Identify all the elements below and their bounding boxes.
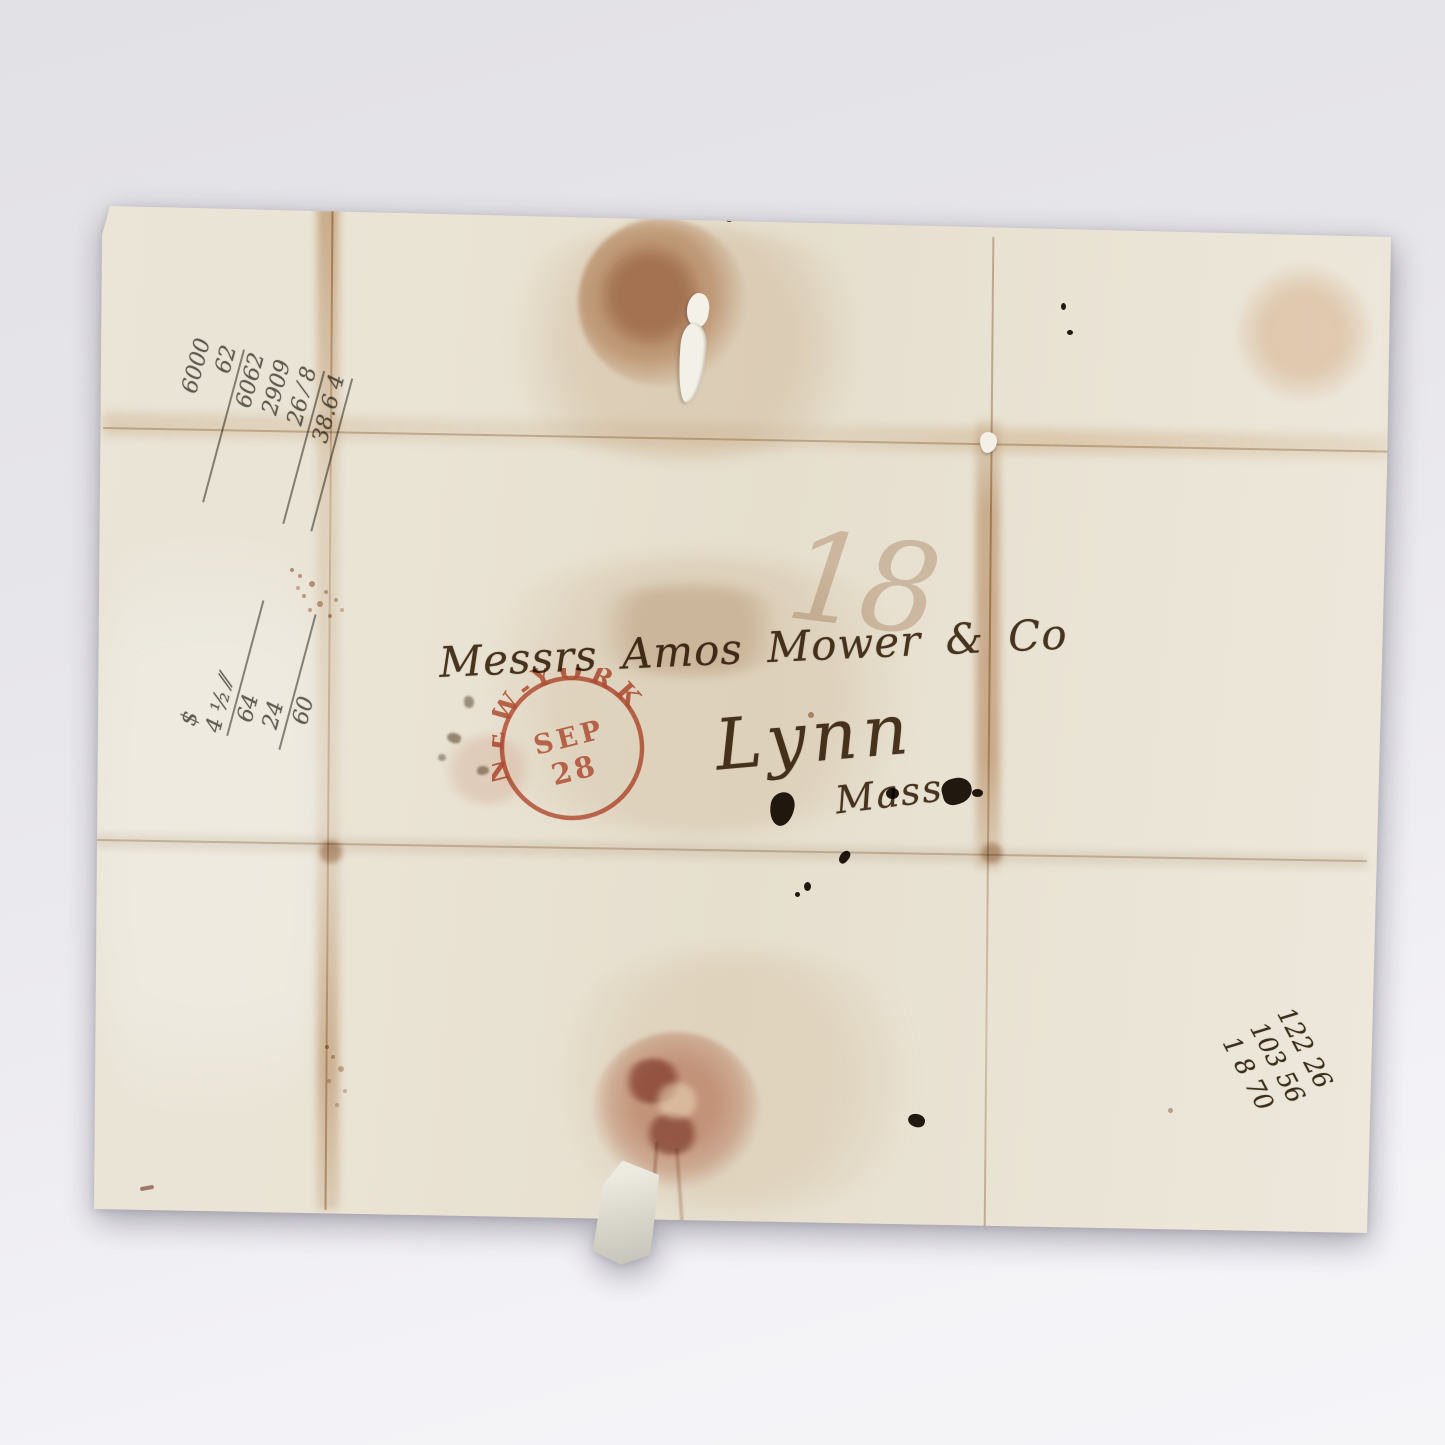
smudge-left-of-postmark-3 (477, 766, 489, 775)
ink-fleck-upper-right-2 (1067, 330, 1073, 335)
ink-figures-bottom-right: 122 26 103 56 1 8 70 (1216, 1002, 1383, 1205)
light-wash-left-column (95, 440, 330, 1210)
rust-dot-right-panel (1168, 1108, 1173, 1113)
ink-blot-below-lynn (767, 790, 797, 828)
photo-scene: 18 NEW-YORK SEP 28 Messrs A (0, 0, 1445, 1445)
wax-seal-bottom-dark-blotch-2 (643, 1113, 701, 1155)
wax-seal-bottom-highlight (653, 1082, 701, 1120)
smudge-left-of-postmark-2 (464, 696, 474, 708)
stain-wash-bottom-center (520, 950, 950, 1210)
wax-seal-bottom-dark-blotch-1 (622, 1058, 684, 1104)
letter-paper: 18 NEW-YORK SEP 28 Messrs A (0, 0, 1445, 1445)
address-line-recipient: Messrs Amos Mower & Co (438, 609, 1069, 686)
ink-smudge-top-edge-2 (721, 205, 738, 224)
wax-seal-drip-2 (675, 1148, 683, 1226)
smudge-left-of-postmark-1 (446, 731, 463, 745)
rust-dot-near-lynn (808, 712, 814, 718)
rust-dash-bottom-left-edge (140, 1185, 154, 1191)
ink-fleck-below-fold-2 (804, 882, 811, 891)
torn-paper-patch-lower (676, 322, 709, 404)
ink-blot-after-mass-small (886, 788, 899, 799)
postmark-stamp: NEW-YORK SEP 28 (492, 668, 652, 828)
ink-fleck-below-fold-3 (795, 892, 800, 897)
ink-spot-bottom-center (906, 1111, 926, 1129)
ink-fleck-upper-right-1 (1061, 303, 1066, 310)
rust-speckle-cluster-lower-left (325, 1045, 329, 1049)
seal-ghost-stain-top-right (1235, 262, 1373, 404)
ink-blot-after-mass-tail (972, 789, 983, 797)
torn-paper-patch-upper (685, 292, 712, 329)
rust-speckle-cluster-upper-left (290, 568, 294, 572)
smudge-left-of-postmark-4 (438, 754, 446, 761)
ink-smudge-top-edge-1 (704, 203, 721, 213)
paper-shadow-wrap: 18 NEW-YORK SEP 28 Messrs A (0, 0, 1445, 1445)
seal-stain-top (578, 218, 746, 386)
